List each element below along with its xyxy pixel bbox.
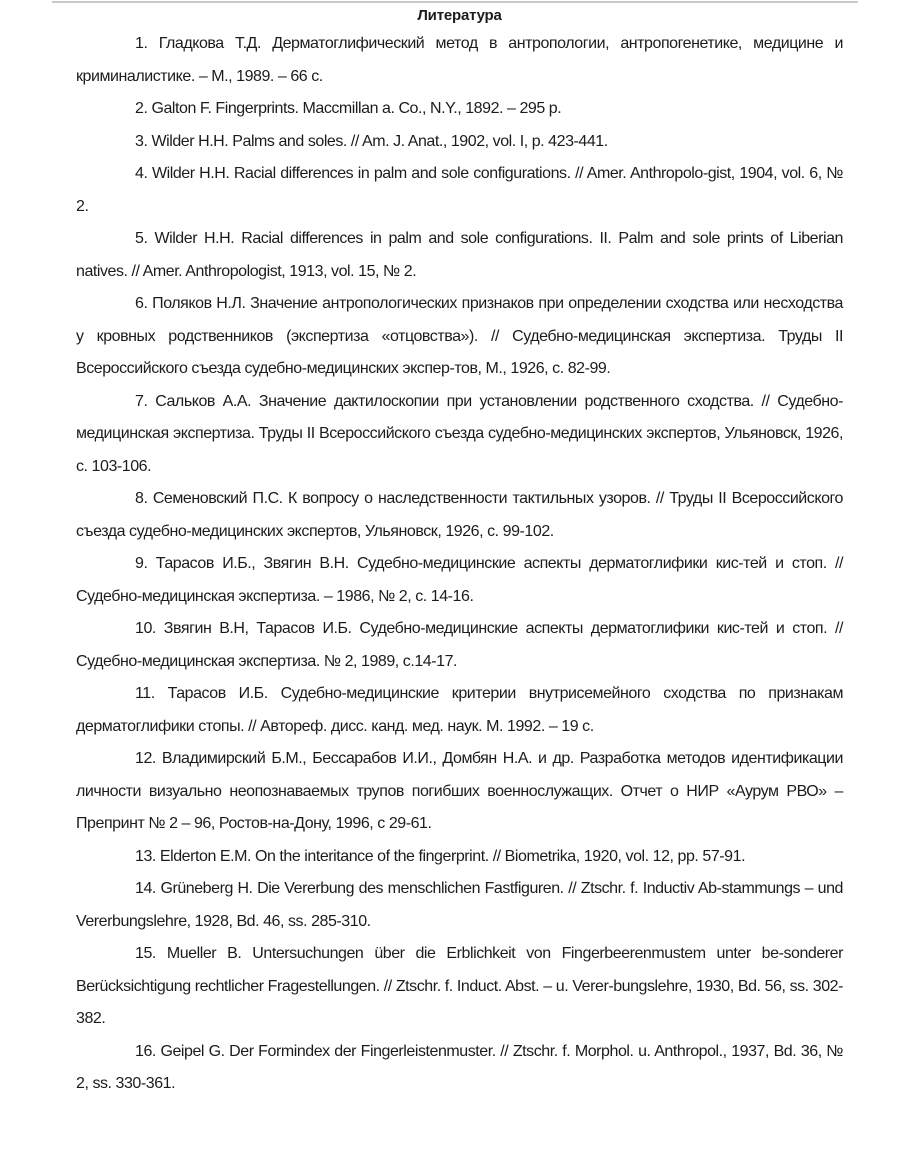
document-page: Литература 1. Гладкова Т.Д. Дерматоглифи… bbox=[76, 4, 843, 1101]
reference-text: Семеновский П.С. К вопросу о наследствен… bbox=[76, 490, 843, 540]
reference-number: 16. bbox=[135, 1043, 156, 1060]
reference-item: 10. Звягин В.Н, Тарасов И.Б. Судебно-мед… bbox=[76, 613, 843, 678]
reference-number: 9. bbox=[135, 555, 147, 572]
reference-item: 6. Поляков Н.Л. Значение антропологическ… bbox=[76, 288, 843, 386]
reference-item: 5. Wilder H.H. Racial differences in pal… bbox=[76, 223, 843, 288]
reference-text: Владимирский Б.М., Бессарабов И.И., Домб… bbox=[76, 750, 843, 832]
reference-number: 13. bbox=[135, 848, 156, 865]
reference-text: Тарасов И.Б. Судебно-медицинские критери… bbox=[76, 685, 843, 735]
reference-number: 15. bbox=[135, 945, 156, 962]
reference-number: 14. bbox=[135, 880, 156, 897]
reference-number: 5. bbox=[135, 230, 147, 247]
reference-item: 1. Гладкова Т.Д. Дерматоглифический мето… bbox=[76, 28, 843, 93]
reference-number: 1. bbox=[135, 35, 147, 52]
reference-text: Wilder H.H. Racial differences in palm a… bbox=[76, 165, 843, 215]
reference-text: Звягин В.Н, Тарасов И.Б. Судебно-медицин… bbox=[76, 620, 843, 670]
reference-number: 3. bbox=[135, 133, 147, 150]
top-divider bbox=[52, 1, 858, 3]
reference-number: 2. bbox=[135, 100, 147, 117]
reference-number: 4. bbox=[135, 165, 147, 182]
reference-text: Wilder H.H. Racial differences in palm a… bbox=[76, 230, 843, 280]
reference-number: 12. bbox=[135, 750, 156, 767]
reference-item: 4. Wilder H.H. Racial differences in pal… bbox=[76, 158, 843, 223]
reference-text: Поляков Н.Л. Значение антропологических … bbox=[76, 295, 843, 377]
reference-item: 9. Тарасов И.Б., Звягин В.Н. Судебно-мед… bbox=[76, 548, 843, 613]
reference-number: 10. bbox=[135, 620, 156, 637]
reference-item: 7. Сальков А.А. Значение дактилоскопии п… bbox=[76, 386, 843, 484]
reference-list: 1. Гладкова Т.Д. Дерматоглифический мето… bbox=[76, 28, 843, 1101]
reference-number: 11. bbox=[135, 685, 155, 702]
reference-item: 11. Тарасов И.Б. Судебно-медицинские кри… bbox=[76, 678, 843, 743]
reference-number: 6. bbox=[135, 295, 147, 312]
reference-text: Wilder H.H. Palms and soles. // Am. J. A… bbox=[151, 133, 607, 150]
reference-item: 3. Wilder H.H. Palms and soles. // Am. J… bbox=[76, 126, 843, 159]
reference-text: Elderton E.M. On the interitance of the … bbox=[160, 848, 745, 865]
reference-item: 16. Geipel G. Der Formindex der Fingerle… bbox=[76, 1036, 843, 1101]
reference-number: 8. bbox=[135, 490, 147, 507]
reference-item: 2. Galton F. Fingerprints. Maccmillan a.… bbox=[76, 93, 843, 126]
reference-item: 8. Семеновский П.С. К вопросу о наследст… bbox=[76, 483, 843, 548]
reference-text: Geipel G. Der Formindex der Fingerleiste… bbox=[76, 1043, 843, 1093]
page-title: Литература bbox=[76, 4, 843, 28]
reference-item: 13. Elderton E.M. On the interitance of … bbox=[76, 841, 843, 874]
reference-number: 7. bbox=[135, 393, 147, 410]
reference-text: Сальков А.А. Значение дактилоскопии при … bbox=[76, 393, 843, 475]
reference-text: Тарасов И.Б., Звягин В.Н. Судебно-медици… bbox=[76, 555, 843, 605]
reference-text: Grüneberg H. Die Vererbung des menschlic… bbox=[76, 880, 843, 930]
reference-item: 15. Mueller B. Untersuchungen über die E… bbox=[76, 938, 843, 1036]
reference-text: Galton F. Fingerprints. Maccmillan a. Co… bbox=[151, 100, 561, 117]
reference-text: Mueller B. Untersuchungen über die Erbli… bbox=[76, 945, 843, 1027]
reference-item: 14. Grüneberg H. Die Vererbung des mensc… bbox=[76, 873, 843, 938]
reference-item: 12. Владимирский Б.М., Бессарабов И.И., … bbox=[76, 743, 843, 841]
reference-text: Гладкова Т.Д. Дерматоглифический метод в… bbox=[76, 35, 843, 85]
